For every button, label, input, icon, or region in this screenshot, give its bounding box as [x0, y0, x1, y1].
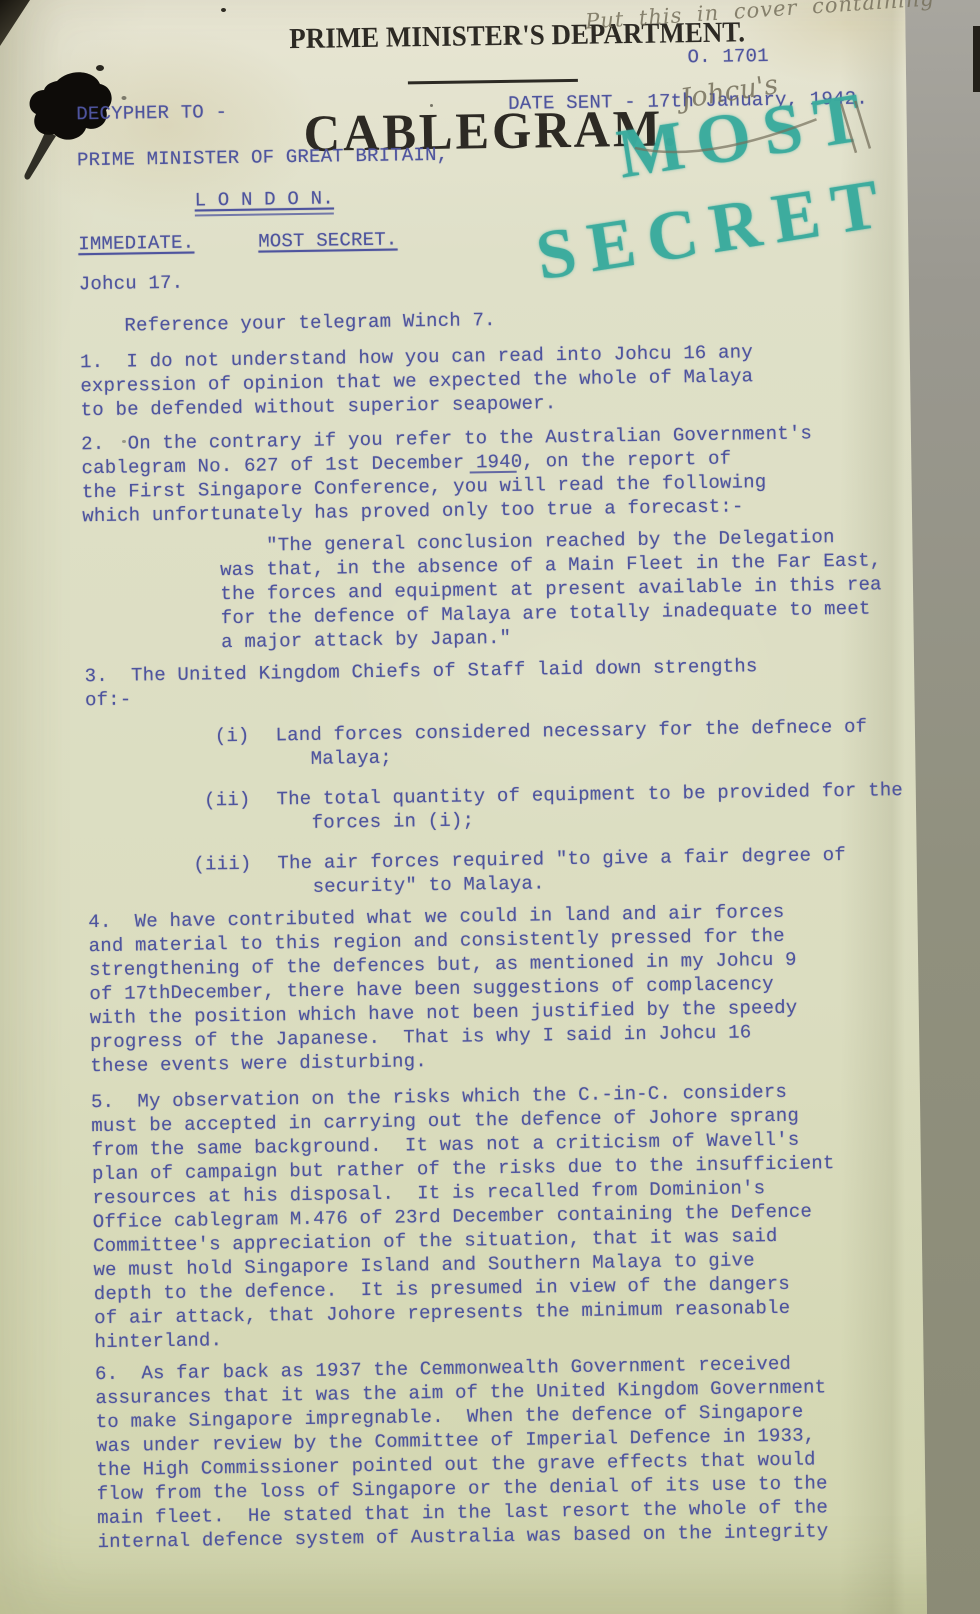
paragraph-6: 6. As far back as 1937 the Cemmonwealth … [95, 1351, 829, 1554]
paragraph-3: 3. The United Kingdom Chiefs of Staff la… [85, 654, 759, 712]
paragraph-1: 1. I do not understand how you can read … [80, 340, 754, 422]
paragraph-4: 4. We have contributed what we could in … [88, 900, 798, 1078]
addressee-line: PRIME MINISTER OF GREAT BRITAIN, [77, 143, 449, 173]
file-number: O. 1701 [687, 44, 769, 69]
origin-reference: Johcu 17. [79, 271, 184, 297]
quotation-block: "The general conclusion reached by the D… [220, 524, 883, 654]
priority-label: IMMEDIATE. [78, 231, 194, 257]
scan-edge-shadow [973, 26, 980, 92]
list-item-text: The total quantity of equipment to be pr… [276, 778, 903, 835]
handwritten-flourish [632, 115, 823, 164]
paragraph-2: 2. On the contrary if you refer to the A… [81, 421, 813, 528]
list-item-text: The air forces required "to give a fair … [277, 843, 846, 899]
scanned-cablegram-page: { "header": { "department": "PRIME MINIS… [0, 0, 980, 1614]
letterhead-rule [408, 79, 578, 85]
list-item-label: (iii) [179, 852, 251, 877]
city-line: L O N D O N. [194, 186, 334, 216]
list-item-label: (i) [177, 724, 249, 749]
list-item-text: Land forces considered necessary for the… [275, 715, 867, 772]
document-content: PRIME MINISTER'S DEPARTMENT. O. 1701 DEC… [0, 0, 980, 1614]
list-item-label: (ii) [178, 788, 250, 813]
reference-line: Reference your telegram Winch 7. [124, 308, 496, 338]
decypher-to-line: DECYPHER TO - [76, 100, 227, 126]
classification-label: MOST SECRET. [258, 228, 398, 254]
handwritten-cover-note: Put this in cover containing [585, 0, 980, 34]
paragraph-5: 5. My observation on the risks which the… [91, 1079, 837, 1354]
handwritten-check-marks [834, 100, 875, 157]
